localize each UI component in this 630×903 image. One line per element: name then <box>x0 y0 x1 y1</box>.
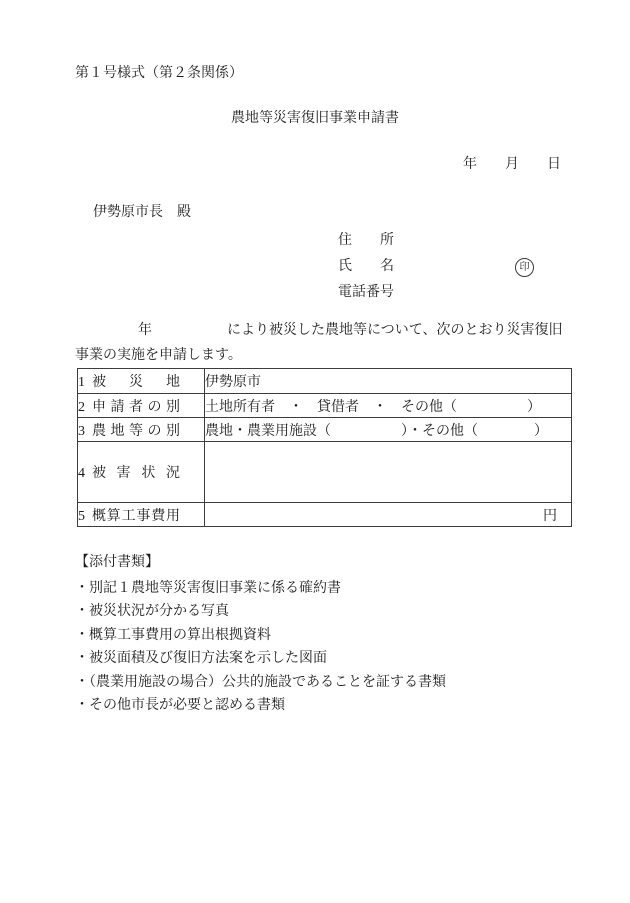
intro-paragraph: 年 により被災した農地等について、次のとおり災害復旧 事業の実施を申請します。 <box>75 318 575 368</box>
row-label: 申請者の別 <box>92 396 180 416</box>
attachment-item: ・概算工事費用の算出根拠資料 <box>75 624 446 648</box>
row-label-cell: 3農地等の別 <box>78 418 205 442</box>
row-number: 1 <box>78 375 92 391</box>
row-label-cell: 2申請者の別 <box>78 394 205 418</box>
name-row: 氏 名 印 <box>338 254 534 280</box>
attachment-item: ・別記１農地等災害復旧事業に係る確約書 <box>75 577 446 601</box>
applicant-block: 住 所 氏 名 印 電話番号 <box>338 228 534 306</box>
row-value-cell: 伊勢原市 <box>205 369 572 394</box>
intro-line1-text: により被災した農地等について、次のとおり災害復旧 <box>227 318 562 343</box>
row-label-cell: 5概算工事費用 <box>78 503 205 527</box>
row-number: 4 <box>78 466 92 482</box>
address-label: 住 所 <box>338 228 394 254</box>
row-number: 5 <box>78 509 92 525</box>
row-label-cell: 1被災地 <box>78 369 205 394</box>
row-label: 被害状況 <box>92 462 180 482</box>
intro-year-label: 年 <box>138 318 152 343</box>
attachments-heading: 【添付書類】 <box>75 551 446 575</box>
attachment-item: ・被災状況が分かる写真 <box>75 600 446 624</box>
intro-line-2: 事業の実施を申請します。 <box>75 343 575 368</box>
row-value-cell: 農地・農業用施設（ ）・その他（ ） <box>205 418 572 442</box>
table-row: 1被災地 伊勢原市 <box>78 369 572 394</box>
row-label: 農地等の別 <box>92 420 180 440</box>
row-value-cell <box>205 442 572 503</box>
row-number: 3 <box>78 424 92 440</box>
row-value-cell: 土地所有者 ・ 貸借者 ・ その他（ ） <box>205 394 572 418</box>
table-row: 4被害状況 <box>78 442 572 503</box>
attachment-item: ・被災面積及び復旧方法案を示した図面 <box>75 647 446 671</box>
blank-space <box>75 318 138 343</box>
row-label: 被災地 <box>92 371 180 391</box>
intro-line-1: 年 により被災した農地等について、次のとおり災害復旧 <box>75 318 575 343</box>
attachment-item: ・（農業用施設の場合）公共的施設であることを証する書類 <box>75 671 446 695</box>
row-value-cell: 円 <box>205 503 572 527</box>
row-label-cell: 4被害状況 <box>78 442 205 503</box>
attachment-item: ・その他市長が必要と認める書類 <box>75 694 446 718</box>
row-label: 概算工事費用 <box>92 505 180 525</box>
table-row: 5概算工事費用 円 <box>78 503 572 527</box>
page-title: 農地等災害復旧事業申請書 <box>0 107 630 127</box>
attachments-section: 【添付書類】 ・別記１農地等災害復旧事業に係る確約書 ・被災状況が分かる写真 ・… <box>75 551 446 718</box>
form-number: 第１号様式（第２条関係） <box>75 62 243 82</box>
name-label: 氏 名 <box>338 254 394 280</box>
phone-row: 電話番号 <box>338 280 534 306</box>
date-line: 年 月 日 <box>463 153 561 173</box>
addressee: 伊勢原市長 殿 <box>93 201 191 221</box>
phone-label: 電話番号 <box>338 280 394 306</box>
seal-icon: 印 <box>515 258 534 277</box>
application-table: 1被災地 伊勢原市 2申請者の別 土地所有者 ・ 貸借者 ・ その他（ ） 3農… <box>77 368 572 527</box>
table-row: 3農地等の別 農地・農業用施設（ ）・その他（ ） <box>78 418 572 442</box>
address-row: 住 所 <box>338 228 534 254</box>
row-number: 2 <box>78 400 92 416</box>
blank-space <box>152 318 227 343</box>
table-row: 2申請者の別 土地所有者 ・ 貸借者 ・ その他（ ） <box>78 394 572 418</box>
document-page: 第１号様式（第２条関係） 農地等災害復旧事業申請書 年 月 日 伊勢原市長 殿 … <box>0 0 630 903</box>
